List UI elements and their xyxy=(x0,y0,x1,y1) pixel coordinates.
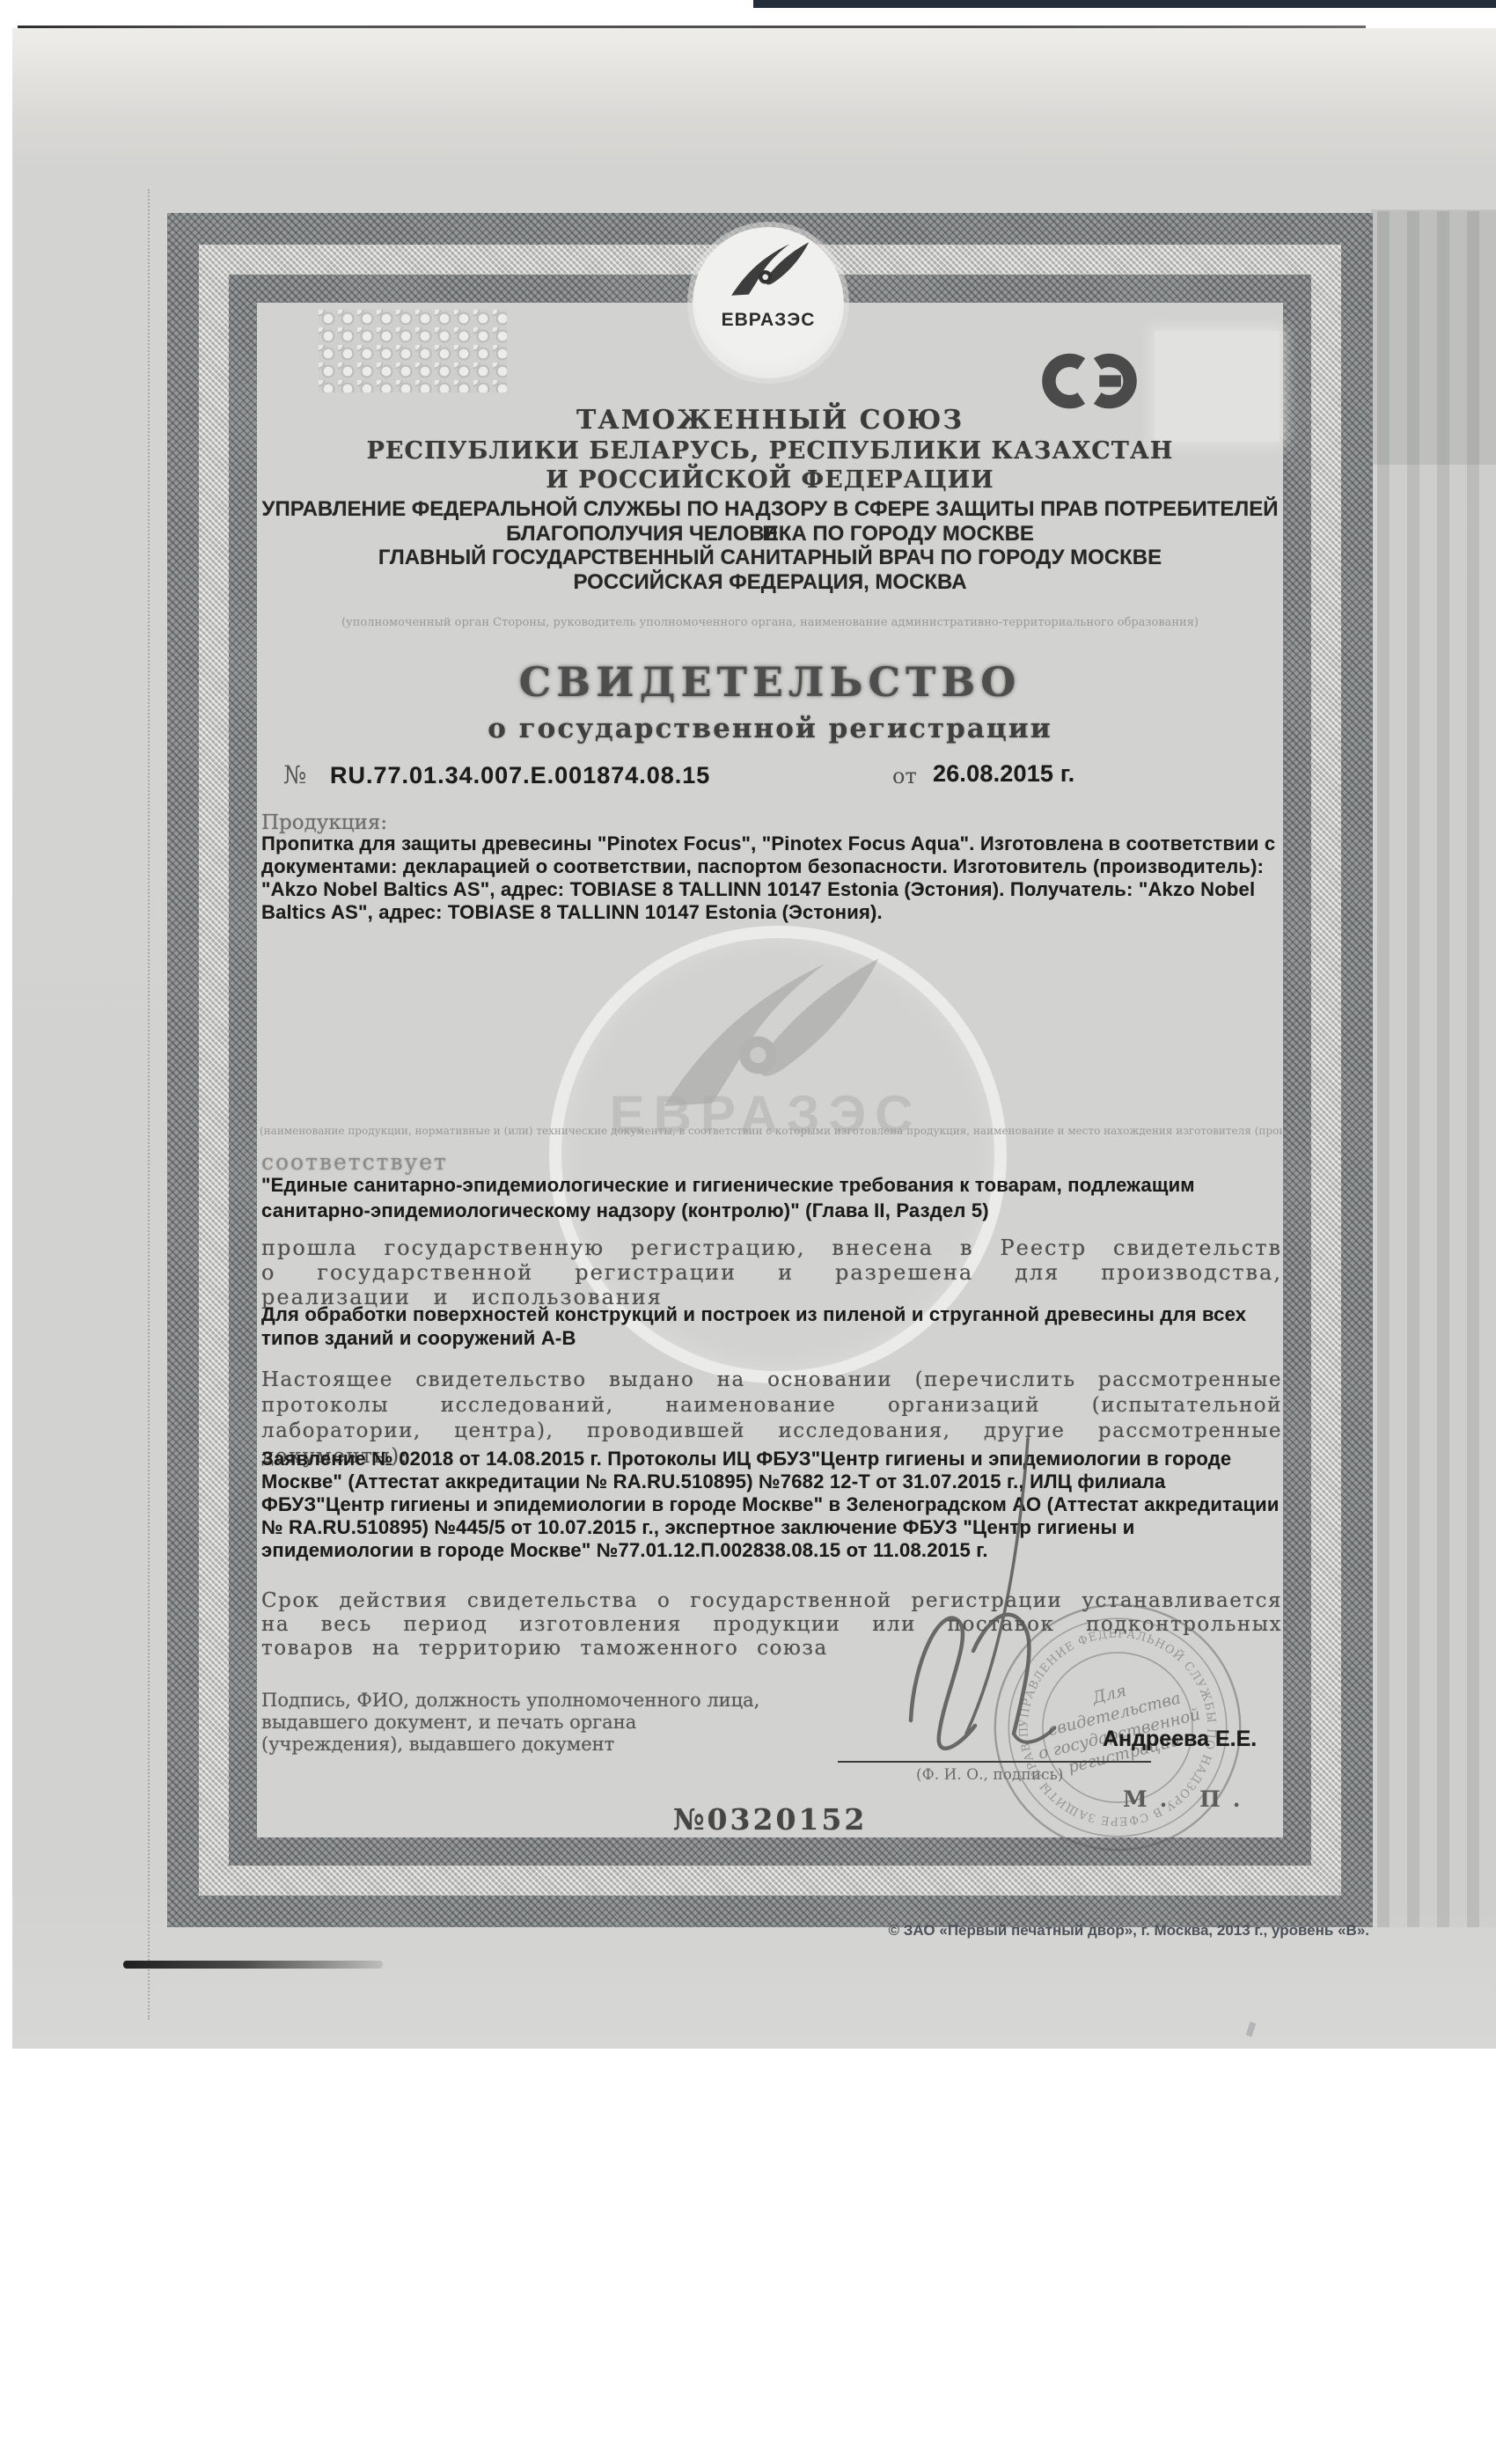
signature-line xyxy=(838,1761,1151,1763)
header-agency-line2: БЛАГОПОЛУЧИЯ ЧЕЛОВЕКА ПО ГОРОДУ МОСКВЕ xyxy=(257,522,1283,546)
honeycomb-pattern-patch xyxy=(319,310,507,392)
header-customs-union: ТАМОЖЕННЫЙ СОЮЗ xyxy=(257,405,1283,436)
certificate-subtitle: о государственной регистрации xyxy=(257,713,1283,744)
certificate-title: СВИДЕТЕЛЬСТВО xyxy=(257,658,1283,706)
eurasec-bird-icon xyxy=(720,236,817,303)
scan-top-right-strip xyxy=(753,0,1496,8)
signer-name: Андреева Е.Е. xyxy=(1103,1727,1257,1752)
registration-number-symbol: № xyxy=(283,760,307,789)
header-chief-doctor: ГЛАВНЫЙ ГОСУДАРСТВЕННЫЙ САНИТАРНЫЙ ВРАЧ … xyxy=(257,546,1283,570)
scan-top-edge-line xyxy=(18,26,1366,28)
header-russian-federation: И РОССИЙСКОЙ ФЕДЕРАЦИИ xyxy=(257,466,1283,494)
eurasec-emblem-label: ЕВРАЗЭС xyxy=(693,310,844,331)
header-location: РОССИЙСКАЯ ФЕДЕРАЦИЯ, МОСКВА xyxy=(257,570,1283,595)
registration-date: 26.08.2015 г. xyxy=(933,760,1074,788)
registration-date-label: от xyxy=(892,764,917,788)
product-description: Пропитка для защиты древесины "Pinotex F… xyxy=(261,832,1280,924)
blank-serial-number: №0320152 xyxy=(257,1802,1283,1837)
scan-right-corner-shading xyxy=(1371,209,1496,465)
requirements-text: "Единые санитарно-эпидемиологические и г… xyxy=(261,1172,1256,1223)
header-form-caption: (уполномоченный орган Стороны, руководит… xyxy=(257,616,1283,629)
registered-statement: прошла государственную регистрацию, внес… xyxy=(261,1236,1282,1309)
print-house-footer: © ЗАО «Первый печатный двор», г. Москва,… xyxy=(0,1922,1369,1940)
registration-number: RU.77.01.34.007.E.001874.08.15 xyxy=(330,762,710,789)
header-republics: РЕСПУБЛИКИ БЕЛАРУСЬ, РЕСПУБЛИКИ КАЗАХСТА… xyxy=(257,437,1283,465)
scan-fold-line xyxy=(148,189,150,2020)
scan-smudge xyxy=(123,1961,383,1969)
conforms-label: соответствует xyxy=(261,1149,448,1175)
scan-right-shading xyxy=(1377,211,1496,1927)
scope-of-use: Для обработки поверхностей конструкций и… xyxy=(261,1302,1280,1350)
signing-instruction: Подпись, ФИО, должность уполномоченного … xyxy=(261,1690,781,1756)
basis-documents: Заявление № 02018 от 14.08.2015 г. Прото… xyxy=(261,1448,1287,1562)
scanned-certificate-page: { "emblem": { "org": "ЕВРАЗЭС" }, "confo… xyxy=(0,0,1496,2464)
signature-line-caption: (Ф. И. О., подпись) xyxy=(916,1766,1063,1784)
product-label: Продукция: xyxy=(261,811,387,834)
compliance-form-caption: (наименование продукции, нормативные и (… xyxy=(260,1125,1282,1137)
